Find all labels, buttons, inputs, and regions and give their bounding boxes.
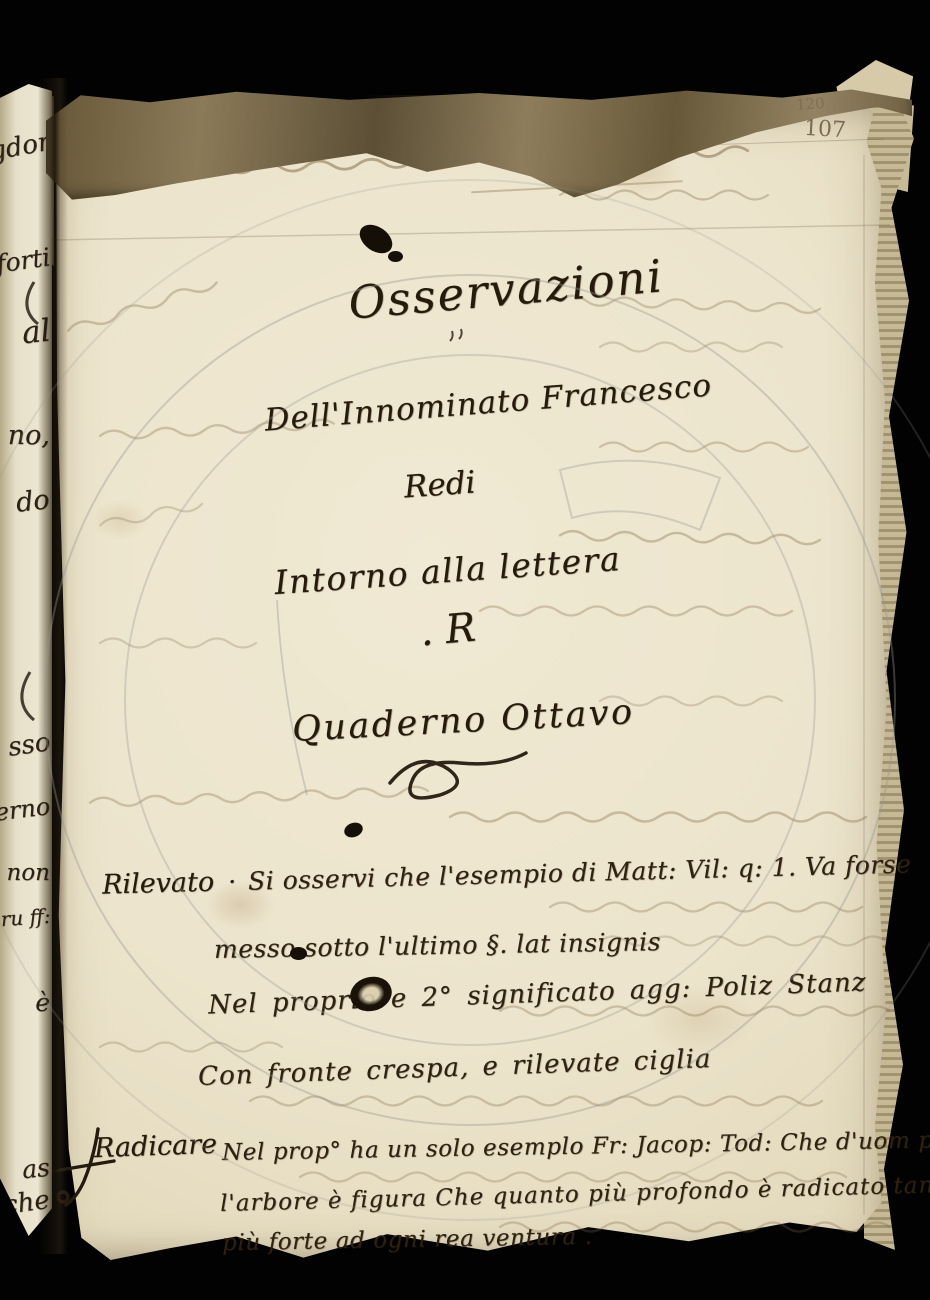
page-number: 107 [803,116,846,143]
entry-line: l'arbore è figura Che quanto più profond… [220,1171,930,1217]
ink-blot [388,251,403,262]
title-letter-r: . R [418,605,477,656]
page-content: 120 107 Osservazioni Dell'Innominato Fra… [52,95,890,1267]
entry-line: Nel proprio e 2° significato agg: Poliz … [208,968,867,1021]
title-intorno: Intorno alla lettera [273,539,622,602]
ink-blot [290,947,307,960]
title-quaderno: Quaderno Ottavo [291,692,635,750]
entry-line: Con fronte crespa, e rilevate ciglia [198,1044,712,1092]
entry-label: Rilevato [102,867,215,901]
ink-blot [342,820,365,840]
entry-radicare-label: Radicare [93,1129,217,1164]
faint-folio-mark: 120 [795,94,825,114]
manuscript-photo: gdor forti al no, do sso terno E non Bru… [0,0,930,1300]
title-redi: Redi [403,465,477,506]
entry-separator: · [228,867,237,896]
entry-line: Si osservi che l'esempio di Matt: Vil: q… [248,849,912,895]
entry-line: più forte ad ogni rea ventura . [222,1224,593,1256]
title-author-line: Dell'Innominato Francesco [263,367,713,438]
entry-line: messo sotto l'ultimo §. lat insignis [214,927,661,964]
entry-line: Nel prop° ha un solo esemplo Fr: Jacop: … [222,1126,930,1166]
entry-rilevato-row: Rilevato·Si osservi che l'esempio di Mat… [102,848,912,900]
